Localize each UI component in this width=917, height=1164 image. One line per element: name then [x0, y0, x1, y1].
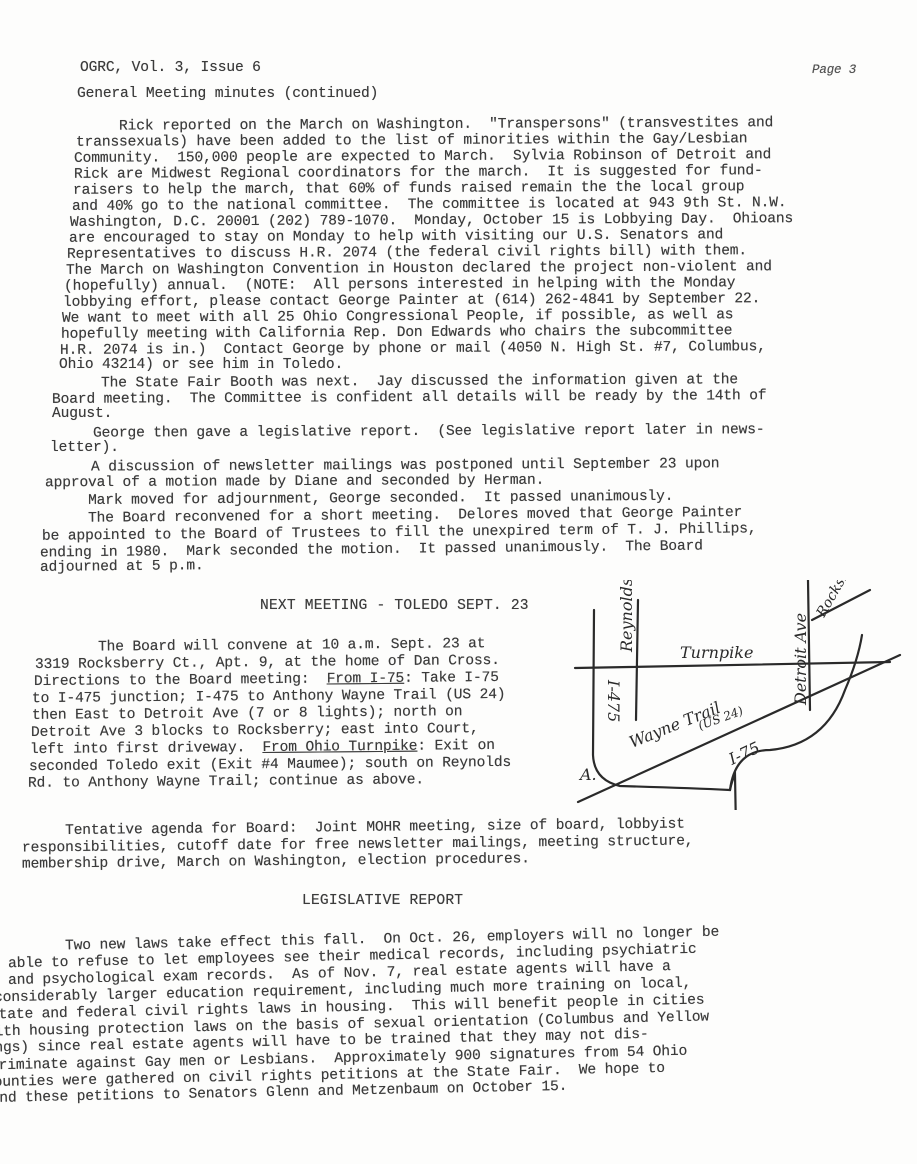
document-page: OGRC, Vol. 3, Issue 6 Page 3 General Mee… [0, 0, 917, 1164]
legislative-report-body: Two new laws take effect this fall. On O… [0, 0, 917, 1164]
